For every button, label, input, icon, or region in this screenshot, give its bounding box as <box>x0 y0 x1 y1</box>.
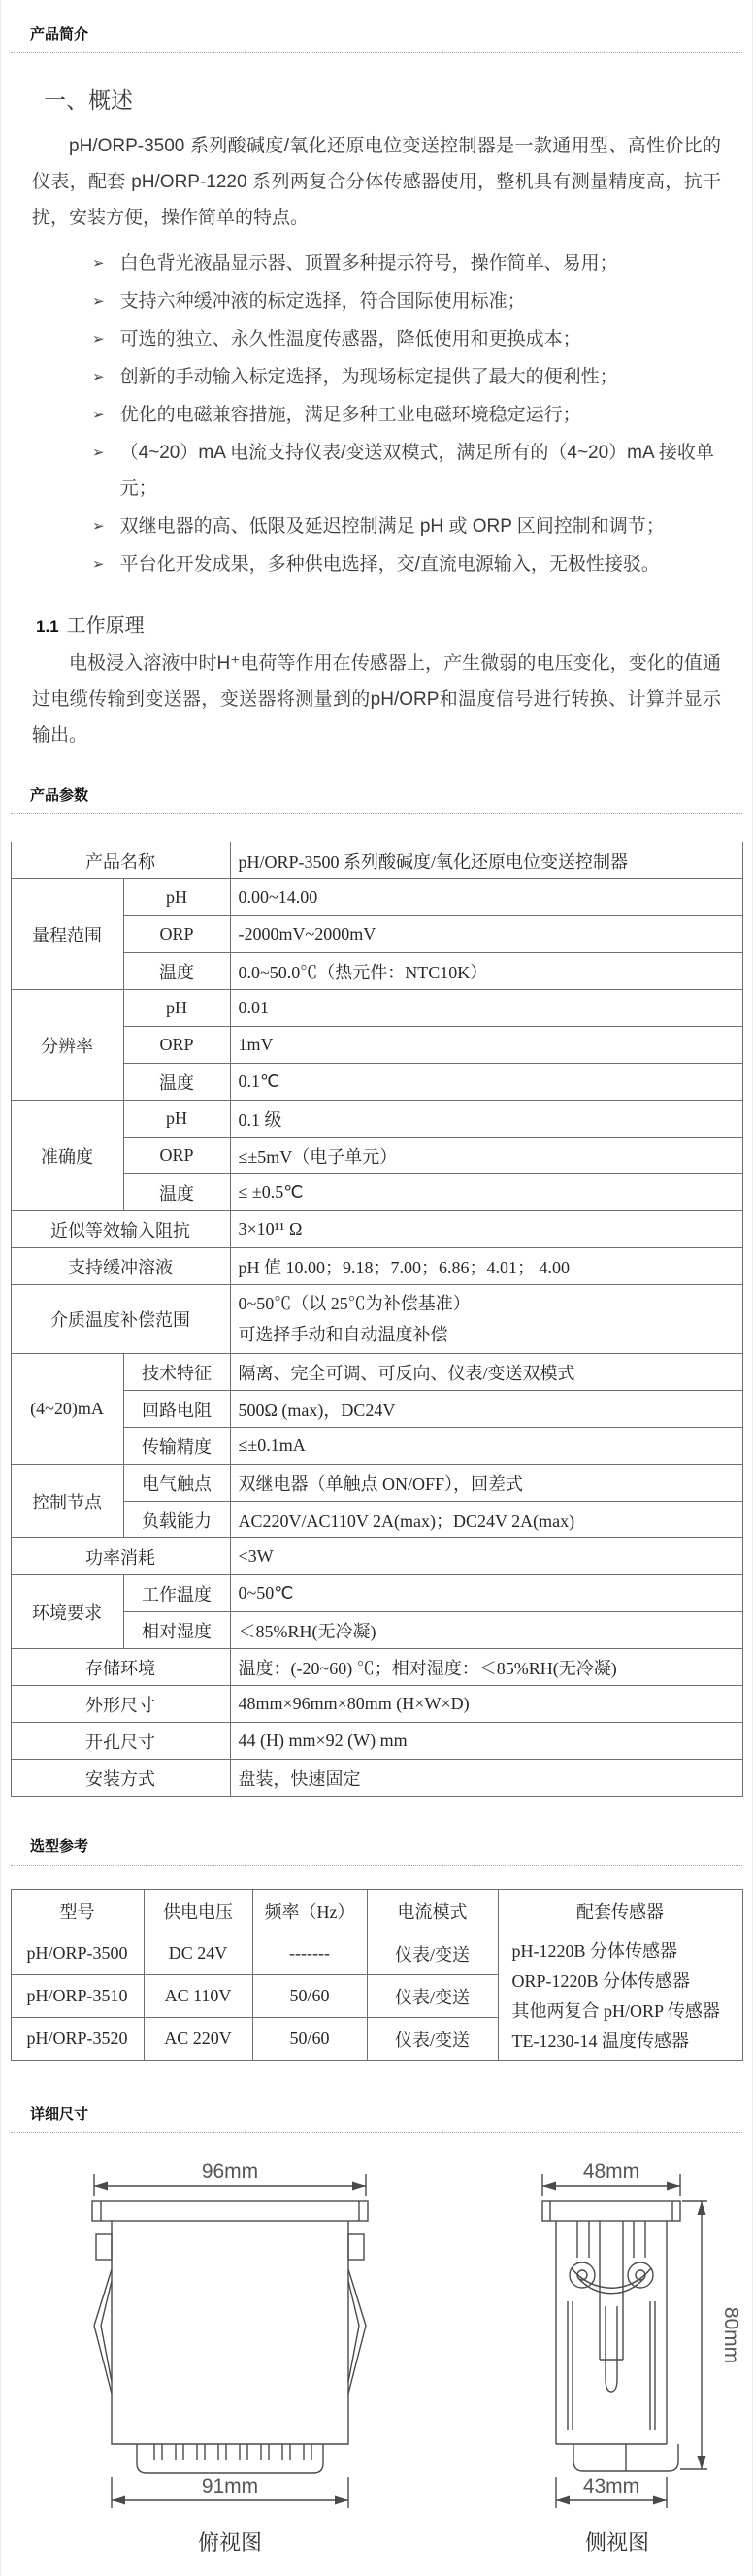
cell-model: pH/ORP-3510 <box>11 1975 144 2018</box>
table-row: 介质温度补偿范围 0~50℃（以 25℃为补偿基准） 可选择手动和自动温度补偿 <box>11 1285 742 1354</box>
cell-value: 1mV <box>230 1027 742 1064</box>
cell-label: 控制节点 <box>11 1465 123 1538</box>
cell-label: 介质温度补偿范围 <box>11 1285 230 1354</box>
feature-item: ➢（4~20）mA 电流支持仪表/变送双模式，满足所有的（4~20）mA 接收单… <box>92 435 723 507</box>
cell-frequency: ------- <box>252 1932 367 1975</box>
col-header-sensor: 配套传感器 <box>498 1890 742 1932</box>
cell-voltage: AC 220V <box>144 2018 252 2061</box>
cell-value: 3×10¹¹ Ω <box>230 1211 742 1248</box>
feature-item: ➢可选的独立、永久性温度传感器，降低使用和更换成本； <box>92 321 723 357</box>
cell-sublabel: 工作温度 <box>123 1575 230 1612</box>
cell-label: 存储环境 <box>11 1649 230 1686</box>
cell-sensors: pH-1220B 分体传感器 ORP-1220B 分体传感器 其他两复合 pH/… <box>498 1932 742 2061</box>
cell-value: pH/ORP-3500 系列酸碱度/氧化还原电位变送控制器 <box>230 842 742 879</box>
front-view-drawing: 96mm <box>55 2161 405 2557</box>
cell-frequency: 50/60 <box>252 1975 367 2018</box>
table-row: 开孔尺寸 44 (H) mm×92 (W) mm <box>11 1723 742 1760</box>
feature-text: 支持六种缓冲液的标定选择，符合国际使用标准； <box>120 283 526 319</box>
cell-label: 外形尺寸 <box>11 1686 230 1723</box>
cell-value: 隔离、完全可调、可反向、仪表/变送双模式 <box>230 1354 742 1391</box>
cell-sublabel: 回路电阻 <box>123 1391 230 1428</box>
cell-label: (4~20)mA <box>11 1354 123 1465</box>
feature-text: 可选的独立、永久性温度传感器，降低使用和更换成本； <box>120 321 581 357</box>
cell-voltage: AC 110V <box>144 1975 252 2018</box>
cell-value: <3W <box>230 1538 742 1575</box>
cell-sublabel: ORP <box>123 1027 230 1064</box>
cell-label: 准确度 <box>11 1101 123 1211</box>
feature-item: ➢优化的电磁兼容措施，满足多种工业电磁环境稳定运行； <box>92 397 723 433</box>
arrow-bullet-icon: ➢ <box>92 359 105 395</box>
principle-heading: 1.1工作原理 <box>36 610 723 638</box>
cell-mode: 仪表/变送 <box>367 1932 498 1975</box>
cell-sublabel: 技术特征 <box>123 1354 230 1391</box>
selection-table: 型号 供电电压 频率（Hz） 电流模式 配套传感器 pH/ORP-3500 DC… <box>11 1889 743 2061</box>
cell-sublabel: 温度 <box>123 1174 230 1211</box>
cell-value: AC220V/AC110V 2A(max)；DC24V 2A(max) <box>230 1502 742 1538</box>
cell-label: 安装方式 <box>11 1760 230 1797</box>
cell-label: 近似等效输入阻抗 <box>11 1211 230 1248</box>
table-row: 准确度 pH 0.1 级 <box>11 1101 742 1138</box>
cell-value: 0.1 级 <box>230 1101 742 1138</box>
table-row: 近似等效输入阻抗 3×10¹¹ Ω <box>11 1211 742 1248</box>
cell-value: 0.01 <box>230 990 742 1027</box>
cell-label: 环境要求 <box>11 1575 123 1649</box>
dim-label-front-bottom: 91mm <box>202 2475 258 2497</box>
table-row: 安装方式 盘装，快速固定 <box>11 1760 742 1797</box>
col-header-voltage: 供电电压 <box>144 1890 252 1932</box>
table-row: 分辨率 pH 0.01 <box>11 990 742 1027</box>
feature-text: 白色背光液晶显示器、顶置多种提示符号，操作简单、易用； <box>120 246 618 281</box>
cell-model: pH/ORP-3500 <box>11 1932 144 1975</box>
cell-value: 0.1℃ <box>230 1064 742 1101</box>
front-view-diagram: 96mm <box>55 2161 405 2512</box>
cell-sublabel: pH <box>123 879 230 916</box>
cell-label: 功率消耗 <box>11 1538 230 1575</box>
dimension-drawings: 96mm <box>1 2133 752 2557</box>
cell-label: 产品名称 <box>11 842 230 879</box>
sensor-item: ORP-1220B 分体传感器 <box>512 1966 735 1997</box>
cell-value: 44 (H) mm×92 (W) mm <box>230 1723 742 1760</box>
cell-mode: 仪表/变送 <box>367 2018 498 2061</box>
overview-heading: 一、概述 <box>44 83 723 115</box>
side-view-caption: 侧视图 <box>496 2526 738 2557</box>
cell-value: 双继电器（单触点 ON/OFF），回差式 <box>230 1465 742 1502</box>
arrow-bullet-icon: ➢ <box>92 435 105 507</box>
table-row: (4~20)mA 技术特征 隔离、完全可调、可反向、仪表/变送双模式 <box>11 1354 742 1391</box>
cell-model: pH/ORP-3520 <box>11 2018 144 2061</box>
cell-sublabel: 电气触点 <box>123 1465 230 1502</box>
cell-value: 盘装，快速固定 <box>230 1760 742 1797</box>
dim-label-side-top: 48mm <box>583 2161 639 2183</box>
table-row: pH/ORP-3500 DC 24V ------- 仪表/变送 pH-1220… <box>11 1932 742 1975</box>
col-header-frequency: 频率（Hz） <box>252 1890 367 1932</box>
cell-value: ＜85%RH(无冷凝) <box>230 1612 742 1649</box>
cell-value: pH 值 10.00；9.18；7.00；6.86；4.01； 4.00 <box>230 1248 742 1285</box>
table-header-row: 型号 供电电压 频率（Hz） 电流模式 配套传感器 <box>11 1890 742 1932</box>
overview-paragraph: pH/ORP-3500 系列酸碱度/氧化还原电位变送控制器是一款通用型、高性价比… <box>32 128 721 236</box>
cell-sublabel: 温度 <box>123 953 230 990</box>
col-header-model: 型号 <box>11 1890 144 1932</box>
cell-sublabel: ORP <box>123 1138 230 1174</box>
table-row: 量程范围 pH 0.00~14.00 <box>11 879 742 916</box>
side-view-diagram: 48mm <box>496 2161 738 2512</box>
arrow-bullet-icon: ➢ <box>92 546 105 582</box>
dim-label-side-height: 80mm <box>720 2307 738 2363</box>
cell-sublabel: 温度 <box>123 1064 230 1101</box>
sensor-item: pH-1220B 分体传感器 <box>512 1936 735 1966</box>
feature-item: ➢平台化开发成果，多种供电选择，交/直流电源输入，无极性接驳。 <box>92 546 723 582</box>
cell-value: 0~50℃ <box>230 1575 742 1612</box>
cell-voltage: DC 24V <box>144 1932 252 1975</box>
cell-value: 500Ω (max)，DC24V <box>230 1391 742 1428</box>
comp-line-1: 0~50℃（以 25℃为补偿基准） <box>239 1288 735 1319</box>
col-header-mode: 电流模式 <box>367 1890 498 1932</box>
feature-item: ➢支持六种缓冲液的标定选择，符合国际使用标准； <box>92 283 723 319</box>
feature-item: ➢创新的手动输入标定选择，为现场标定提供了最大的便利性； <box>92 359 723 395</box>
cell-value: 0.00~14.00 <box>230 879 742 916</box>
table-row: 功率消耗 <3W <box>11 1538 742 1575</box>
feature-text: （4~20）mA 电流支持仪表/变送双模式，满足所有的（4~20）mA 接收单元… <box>120 435 723 507</box>
side-view-drawing: 48mm <box>496 2161 738 2557</box>
cell-label: 分辨率 <box>11 990 123 1101</box>
cell-value: ≤±5mV（电子单元） <box>230 1138 742 1174</box>
product-intro-page: 产品简介 一、概述 pH/ORP-3500 系列酸碱度/氧化还原电位变送控制器是… <box>0 0 753 2576</box>
principle-paragraph: 电极浸入溶液中时H⁺电荷等作用在传感器上，产生微弱的电压变化，变化的值通过电缆传… <box>32 645 721 753</box>
feature-text: 优化的电磁兼容措施，满足多种工业电磁环境稳定运行； <box>120 397 581 433</box>
cell-label: 支持缓冲溶液 <box>11 1248 230 1285</box>
feature-list: ➢白色背光液晶显示器、顶置多种提示符号，操作简单、易用； ➢支持六种缓冲液的标定… <box>92 246 723 582</box>
cell-sublabel: pH <box>123 990 230 1027</box>
cell-value: 温度：(-20~60) ℃；相对湿度：＜85%RH(无冷凝) <box>230 1649 742 1686</box>
arrow-bullet-icon: ➢ <box>92 283 105 319</box>
feature-item: ➢双继电器的高、低限及延迟控制满足 pH 或 ORP 区间控制和调节； <box>92 509 723 545</box>
feature-text: 平台化开发成果，多种供电选择，交/直流电源输入，无极性接驳。 <box>120 546 660 582</box>
dim-label-side-bottom: 43mm <box>583 2475 639 2497</box>
arrow-bullet-icon: ➢ <box>92 321 105 357</box>
spec-table: 产品名称 pH/ORP-3500 系列酸碱度/氧化还原电位变送控制器 量程范围 … <box>11 842 743 1797</box>
cell-value: 48mm×96mm×80mm (H×W×D) <box>230 1686 742 1723</box>
table-row: 产品名称 pH/ORP-3500 系列酸碱度/氧化还原电位变送控制器 <box>11 842 742 879</box>
dim-label-front-top: 96mm <box>202 2161 258 2183</box>
section-header-dimensions: 详细尺寸 <box>11 2078 742 2133</box>
overview-section: 一、概述 pH/ORP-3500 系列酸碱度/氧化还原电位变送控制器是一款通用型… <box>1 83 752 753</box>
arrow-bullet-icon: ➢ <box>92 246 105 281</box>
table-row: 存储环境 温度：(-20~60) ℃；相对湿度：＜85%RH(无冷凝) <box>11 1649 742 1686</box>
cell-value: ≤±0.1mA <box>230 1428 742 1465</box>
table-row: 控制节点 电气触点 双继电器（单触点 ON/OFF），回差式 <box>11 1465 742 1502</box>
table-row: 支持缓冲溶液 pH 值 10.00；9.18；7.00；6.86；4.01； 4… <box>11 1248 742 1285</box>
feature-text: 双继电器的高、低限及延迟控制满足 pH 或 ORP 区间控制和调节； <box>120 509 665 545</box>
section-header-intro: 产品简介 <box>11 0 742 53</box>
principle-title: 工作原理 <box>67 615 145 637</box>
cell-label: 开孔尺寸 <box>11 1723 230 1760</box>
cell-label: 量程范围 <box>11 879 123 990</box>
table-row: 环境要求 工作温度 0~50℃ <box>11 1575 742 1612</box>
comp-line-2: 可选择手动和自动温度补偿 <box>239 1319 735 1350</box>
arrow-bullet-icon: ➢ <box>92 397 105 433</box>
cell-sublabel: 负载能力 <box>123 1502 230 1538</box>
cell-mode: 仪表/变送 <box>367 1975 498 2018</box>
cell-sublabel: 传输精度 <box>123 1428 230 1465</box>
cell-value: 0~50℃（以 25℃为补偿基准） 可选择手动和自动温度补偿 <box>230 1285 742 1354</box>
sensor-item: TE-1230-14 温度传感器 <box>512 2027 735 2057</box>
cell-value: ≤ ±0.5℃ <box>230 1174 742 1211</box>
arrow-bullet-icon: ➢ <box>92 509 105 545</box>
cell-sublabel: ORP <box>123 916 230 953</box>
feature-text: 创新的手动输入标定选择，为现场标定提供了最大的便利性； <box>120 359 618 395</box>
feature-item: ➢白色背光液晶显示器、顶置多种提示符号，操作简单、易用； <box>92 246 723 281</box>
cell-frequency: 50/60 <box>252 2018 367 2061</box>
front-view-caption: 俯视图 <box>55 2526 405 2557</box>
section-header-selection: 选型参考 <box>11 1810 742 1866</box>
cell-sublabel: pH <box>123 1101 230 1138</box>
sensor-item: 其他两复合 pH/ORP 传感器 <box>512 1997 735 2027</box>
cell-value: -2000mV~2000mV <box>230 916 742 953</box>
principle-number: 1.1 <box>36 617 59 636</box>
table-row: 外形尺寸 48mm×96mm×80mm (H×W×D) <box>11 1686 742 1723</box>
section-header-params: 产品参数 <box>11 759 742 814</box>
cell-value: 0.0~50.0℃（热元件：NTC10K） <box>230 953 742 990</box>
cell-sublabel: 相对湿度 <box>123 1612 230 1649</box>
